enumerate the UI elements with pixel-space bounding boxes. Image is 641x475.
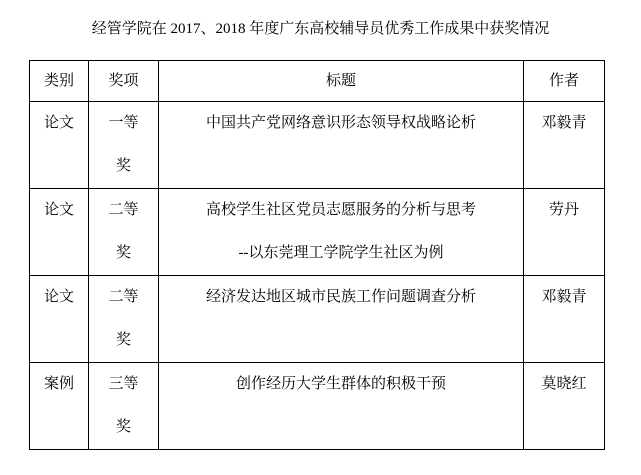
title-line: 经济发达地区城市民族工作问题调查分析 [159,276,523,319]
award-line: 奖 [89,232,158,275]
cell-author: 劳丹 [524,189,605,276]
category-text: 案例 [30,363,88,406]
cell-category: 案例 [30,363,89,450]
awards-table: 类别 奖项 标题 作者 论文 一等 奖 中国共产党网络意识形态领导权战略论析 邓… [29,60,605,450]
award-line: 二等 [89,276,158,319]
author-text: 莫晓红 [524,363,604,406]
cell-author: 莫晓红 [524,363,605,450]
cell-award: 二等 奖 [89,189,159,276]
cell-category: 论文 [30,276,89,363]
cell-title: 高校学生社区党员志愿服务的分析与思考 --以东莞理工学院学生社区为例 [159,189,524,276]
table-header-row: 类别 奖项 标题 作者 [30,61,605,102]
header-author: 作者 [524,61,605,102]
category-text: 论文 [30,102,88,145]
cell-category: 论文 [30,102,89,189]
cell-title: 经济发达地区城市民族工作问题调查分析 [159,276,524,363]
cell-award: 一等 奖 [89,102,159,189]
cell-author: 邓毅青 [524,102,605,189]
award-line: 一等 [89,102,158,145]
author-text: 邓毅青 [524,276,604,319]
table-row: 论文 二等 奖 经济发达地区城市民族工作问题调查分析 邓毅青 [30,276,605,363]
title-line: --以东莞理工学院学生社区为例 [159,232,523,275]
award-line: 二等 [89,189,158,232]
cell-award: 二等 奖 [89,276,159,363]
cell-title: 中国共产党网络意识形态领导权战略论析 [159,102,524,189]
cell-category: 论文 [30,189,89,276]
cell-author: 邓毅青 [524,276,605,363]
document-page: 经管学院在 2017、2018 年度广东高校辅导员优秀工作成果中获奖情况 类别 … [0,0,641,475]
table-row: 案例 三等 奖 创作经历大学生群体的积极干预 莫晓红 [30,363,605,450]
category-text: 论文 [30,189,88,232]
table-row: 论文 一等 奖 中国共产党网络意识形态领导权战略论析 邓毅青 [30,102,605,189]
title-line: 中国共产党网络意识形态领导权战略论析 [159,102,523,145]
award-line: 奖 [89,145,158,188]
cell-title: 创作经历大学生群体的积极干预 [159,363,524,450]
cell-award: 三等 奖 [89,363,159,450]
title-line: 高校学生社区党员志愿服务的分析与思考 [159,189,523,232]
header-category: 类别 [30,61,89,102]
category-text: 论文 [30,276,88,319]
award-line: 奖 [89,319,158,362]
author-text: 劳丹 [524,189,604,232]
award-line: 三等 [89,363,158,406]
page-title: 经管学院在 2017、2018 年度广东高校辅导员优秀工作成果中获奖情况 [0,20,641,38]
author-text: 邓毅青 [524,102,604,145]
table-row: 论文 二等 奖 高校学生社区党员志愿服务的分析与思考 --以东莞理工学院学生社区… [30,189,605,276]
title-line: 创作经历大学生群体的积极干预 [159,363,523,406]
header-award: 奖项 [89,61,159,102]
header-title: 标题 [159,61,524,102]
award-line: 奖 [89,406,158,449]
